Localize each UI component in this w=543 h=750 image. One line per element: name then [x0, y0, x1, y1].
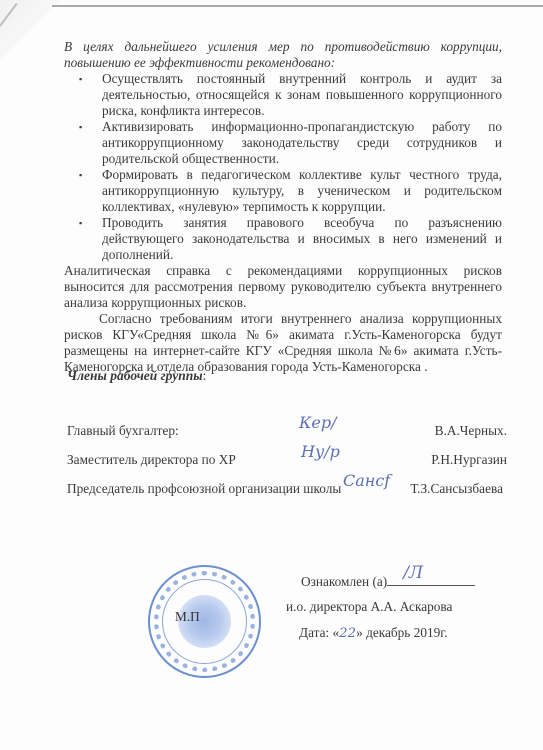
members-heading: Члены рабочей группы: — [67, 368, 206, 384]
acknowledged-label: Ознакомлен (а) — [301, 574, 387, 589]
signature-scribble: Ну/р — [301, 442, 340, 461]
members-heading-colon: : — [203, 368, 207, 383]
signature-scribble: Кер/ — [299, 413, 336, 432]
intro-text: В целях дальнейшего усиления мер по прот… — [64, 39, 502, 71]
member-name: Р.Н.Нургазин — [431, 452, 507, 468]
scan-edge-top — [52, 5, 543, 7]
scan-edge-shadow — [0, 0, 60, 60]
date-day: 22 — [339, 626, 356, 641]
signature-line: /Л — [387, 573, 475, 586]
recommendation-item: Формировать в педагогическом коллективе … — [102, 167, 502, 215]
acknowledged-row: Ознакомлен (а)/Л — [301, 573, 475, 590]
signature-scribble: /Л — [403, 563, 423, 583]
members-heading-text: Члены рабочей группы — [67, 368, 203, 383]
date-suffix: » декабрь 2019г. — [356, 625, 447, 640]
document-body: В целях дальнейшего усиления мер по прот… — [64, 39, 502, 375]
director-line: и.о. директора А.А. Аскарова — [286, 599, 452, 615]
recommendation-item: Проводить занятия правового всеобуча по … — [102, 215, 502, 263]
publication-paragraph: Согласно требованиям итоги внутреннего а… — [64, 311, 502, 375]
date-line: Дата: «22» декабрь 2019г. — [299, 625, 448, 641]
recommendation-item: Осуществлять постоянный внутренний контр… — [102, 71, 502, 119]
member-name: Т.З.Сансызбаева — [410, 481, 503, 497]
member-row: Председатель профсоюзной организации шко… — [67, 481, 503, 499]
official-stamp — [148, 565, 261, 678]
signature-scribble: Сансf — [343, 471, 390, 490]
stamp-label: М.П — [175, 609, 200, 625]
analytic-paragraph: Аналитическая справка с рекомендациями к… — [64, 263, 502, 311]
member-role: Главный бухгалтер: — [67, 423, 179, 439]
member-row: Главный бухгалтер: Кер/ В.А.Черных. — [67, 423, 507, 441]
member-row: Заместитель директора по ХР Ну/р Р.Н.Нур… — [67, 452, 507, 470]
member-role: Заместитель директора по ХР — [67, 452, 236, 468]
recommendation-item: Активизировать информационно-пропагандис… — [102, 119, 502, 167]
recommendations-list: Осуществлять постоянный внутренний контр… — [64, 71, 502, 263]
date-prefix: Дата: « — [299, 625, 339, 640]
member-name: В.А.Черных. — [435, 423, 507, 439]
member-role: Председатель профсоюзной организации шко… — [67, 481, 341, 497]
